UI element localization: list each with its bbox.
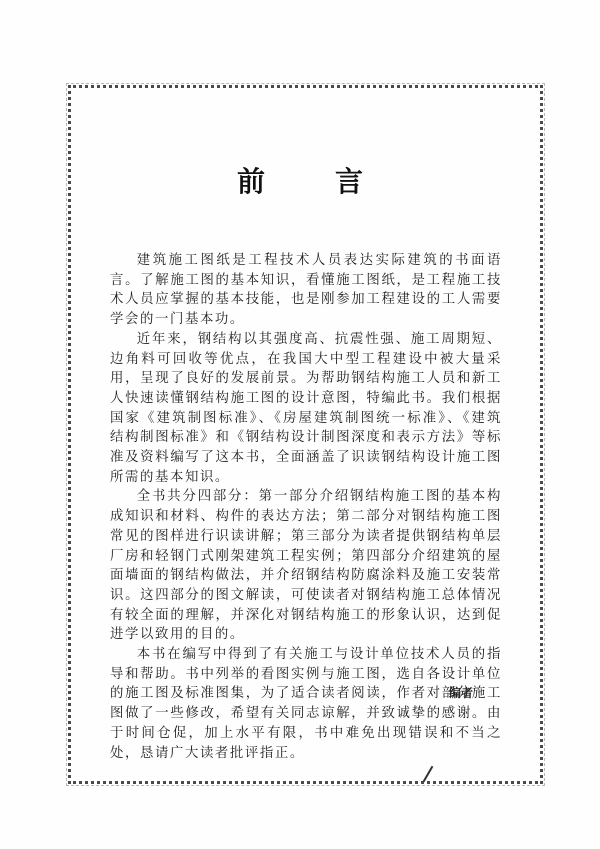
page-title: 前言 (0, 160, 600, 200)
paragraph-1: 建筑施工图纸是工程技术人员表达实际建筑的书面语言。了解施工图的基本知识，看懂施工… (110, 251, 502, 330)
book-page: 前言 建筑施工图纸是工程技术人员表达实际建筑的书面语言。了解施工图的基本知识，看… (0, 0, 600, 849)
preface-body: 建筑施工图纸是工程技术人员表达实际建筑的书面语言。了解施工图的基本知识，看懂施工… (110, 251, 502, 763)
paragraph-3: 全书共分四部分：第一部分介绍钢结构施工图的基本构成知识和材料、构件的表达方法；第… (110, 487, 502, 645)
author-signature: 编者 (449, 684, 473, 701)
paragraph-4: 本书在编写中得到了有关施工与设计单位技术人员的指导和帮助。书中列举的看图实例与施… (110, 645, 502, 763)
title-char-2: 言 (335, 160, 363, 200)
title-char-1: 前 (237, 160, 265, 200)
paragraph-2: 近年来，钢结构以其强度高、抗震性强、施工周期短、边角料可回收等优点，在我国大中型… (110, 330, 502, 488)
